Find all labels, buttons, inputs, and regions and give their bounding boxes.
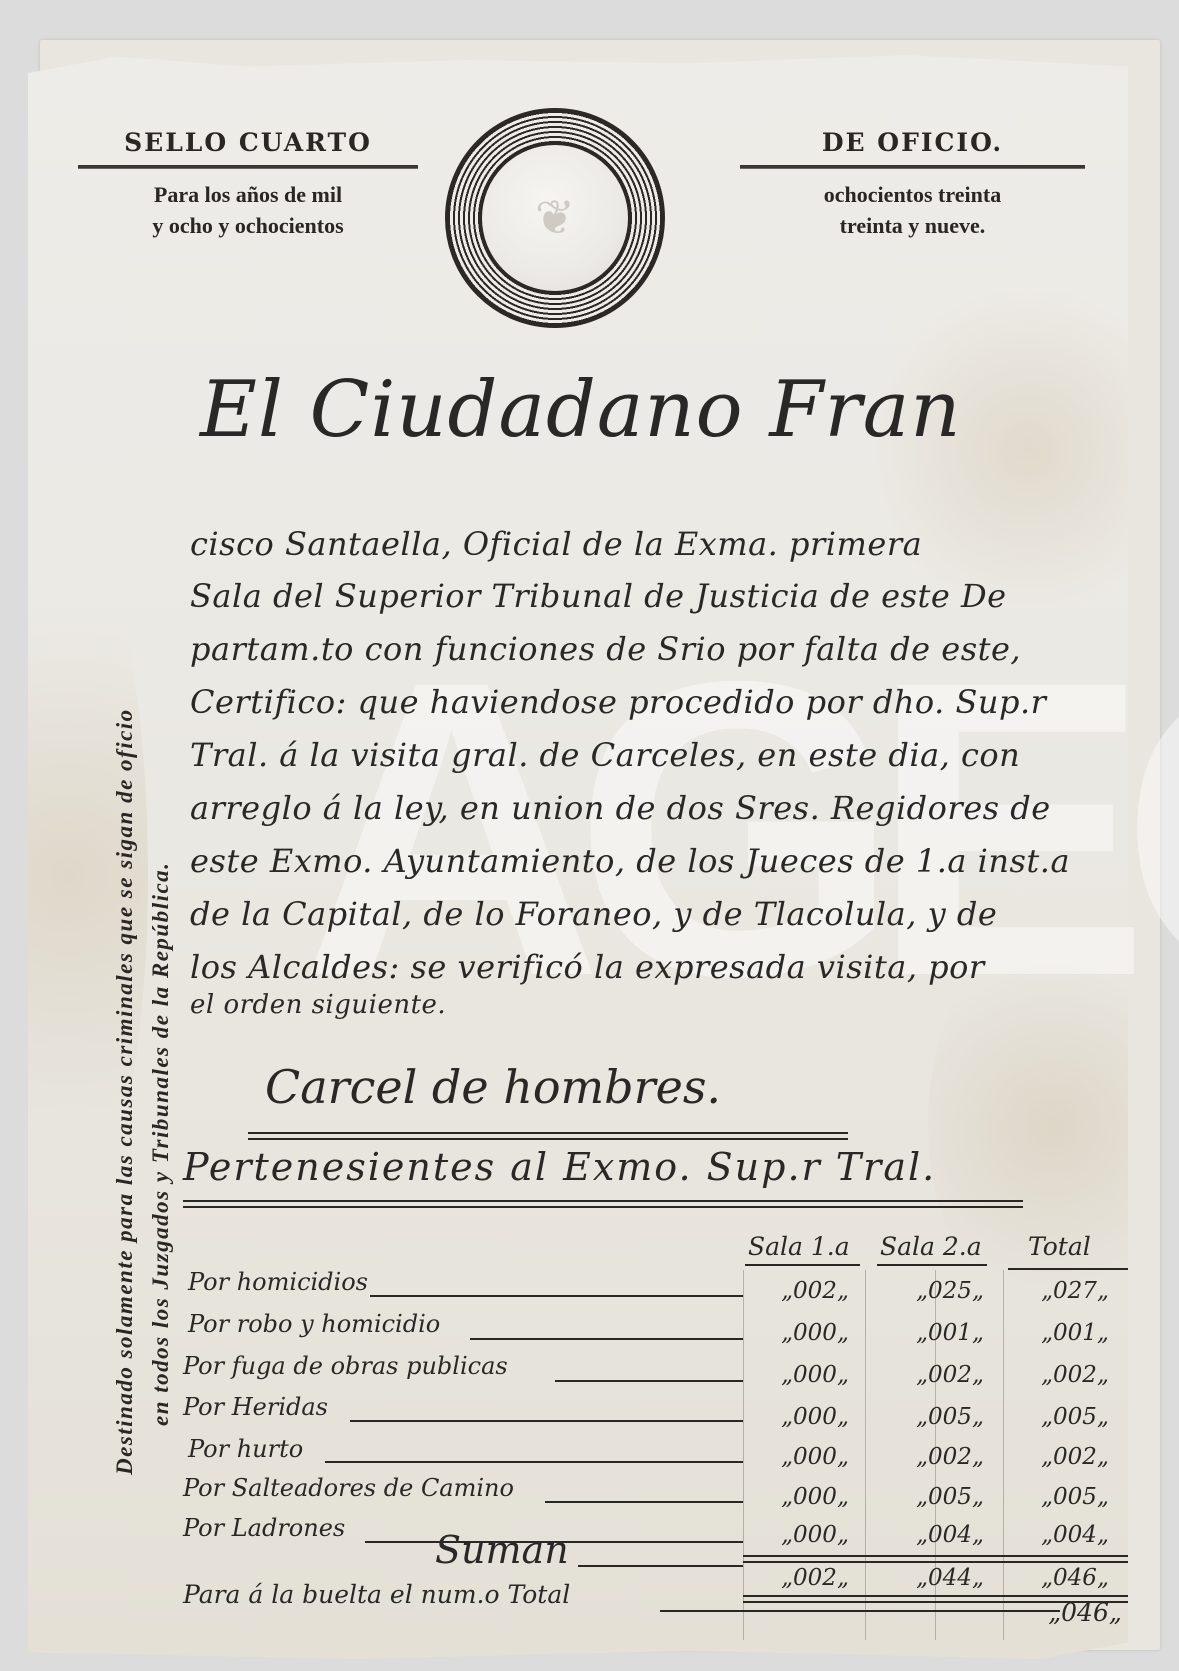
embossed-seal: ❦ [445,108,665,328]
section-subtitle: Pertenesientes al Exmo. Sup.r Tral. [183,1145,936,1189]
subtitle-underline [183,1200,1023,1202]
header-rule [78,165,418,169]
row-label: Por fuga de obras publicas [183,1352,508,1380]
body-line: Certifico: que haviendose procedido por … [190,683,1046,721]
final-value: „046„ [1030,1598,1140,1627]
header-underline [745,1264,860,1266]
row-label: Por homicidios [188,1268,368,1296]
cell-total: „001„ [1020,1320,1130,1346]
body-line: Sala del Superior Tribunal de Justicia d… [190,577,1007,615]
leader-line [350,1420,743,1422]
cell-sala-1: „000„ [760,1444,870,1470]
sum-rule [743,1555,1128,1557]
body-line: el orden siguiente. [190,990,446,1020]
cell-total: „027„ [1020,1278,1130,1304]
body-line: partam.to con funciones de Srio por falt… [190,630,1021,668]
body-line: Tral. á la visita gral. de Carceles, en … [190,736,1020,774]
sum-sala-1: „002„ [760,1565,870,1591]
header-right-sub-2: treinta y nueve. [740,210,1085,241]
header-underline [877,1264,987,1266]
header-underline [1008,1268,1128,1270]
section-title: Carcel de hombres. [265,1060,721,1114]
header-left-title: SELLO CUARTO [78,128,418,157]
cell-total: „005„ [1020,1484,1130,1510]
cell-sala-1: „000„ [760,1320,870,1346]
leader-line [325,1461,743,1463]
cell-sala-2: „002„ [895,1444,1005,1470]
cell-sala-2: „005„ [895,1404,1005,1430]
body-line: los Alcaldes: se verificó la expresada v… [190,948,985,986]
header-left-sub-1: Para los años de mil [78,179,418,210]
header-right-sub-1: ochocientos treinta [740,179,1085,210]
row-label: Por Ladrones [183,1514,345,1542]
opening-line: El Ciudadano Fran [200,365,962,455]
sum-sala-2: „044„ [895,1565,1005,1591]
cell-sala-2: „025„ [895,1278,1005,1304]
title-underline [248,1132,848,1134]
cell-sala-2: „001„ [895,1320,1005,1346]
margin-text-line-1: Destinado solamente para las causas crim… [112,708,138,1475]
row-label: Por hurto [188,1435,303,1463]
column-header-total: Total [1028,1232,1091,1261]
sum-total: „046„ [1020,1565,1130,1591]
sum-label: Suman [435,1528,569,1572]
cell-sala-1: „000„ [760,1484,870,1510]
header-left: SELLO CUARTO Para los años de mil y ocho… [78,128,418,241]
cell-total: „002„ [1020,1362,1130,1388]
cell-sala-1: „000„ [760,1362,870,1388]
cell-total: „002„ [1020,1444,1130,1470]
leader-line [578,1565,743,1567]
row-label: Por Heridas [183,1393,328,1421]
margin-text-line-2: en todos los Juzgados y Tribunales de la… [148,862,174,1426]
cell-total: „005„ [1020,1404,1130,1430]
leader-line [470,1338,743,1340]
cell-sala-1: „000„ [760,1522,870,1548]
leader-line [555,1380,743,1382]
header-right: DE OFICIO. ochocientos treinta treinta y… [740,128,1085,241]
column-header-sala-2: Sala 2.a [880,1232,982,1261]
cell-sala-2: „004„ [895,1522,1005,1548]
cell-sala-2: „002„ [895,1362,1005,1388]
cell-sala-1: „002„ [760,1278,870,1304]
leader-line [545,1501,743,1503]
cell-sala-1: „000„ [760,1404,870,1430]
leader-line [370,1295,743,1297]
header-left-sub-2: y ocho y ochocientos [78,210,418,241]
body-line: cisco Santaella, Oficial de la Exma. pri… [190,525,922,563]
column-header-sala-1: Sala 1.a [748,1232,850,1261]
header-rule [740,165,1085,169]
row-label: Por robo y homicidio [188,1310,440,1338]
title-underline [248,1138,848,1140]
header-right-title: DE OFICIO. [740,128,1085,157]
sum-rule [743,1595,1128,1597]
subtitle-underline [183,1206,1023,1208]
sum-rule [743,1561,1128,1563]
body-line: de la Capital, de lo Foraneo, y de Tlaco… [190,895,997,933]
final-label: Para á la buelta el num.o Total [183,1580,570,1609]
row-label: Por Salteadores de Camino [183,1474,514,1502]
leader-line [660,1610,1060,1612]
column-divider [743,1270,744,1640]
body-line: arreglo á la ley, en union de dos Sres. … [190,789,1051,827]
cell-total: „004„ [1020,1522,1130,1548]
eagle-emblem-icon: ❦ [479,142,631,294]
body-line: este Exmo. Ayuntamiento, de los Jueces d… [190,842,1070,880]
cell-sala-2: „005„ [895,1484,1005,1510]
